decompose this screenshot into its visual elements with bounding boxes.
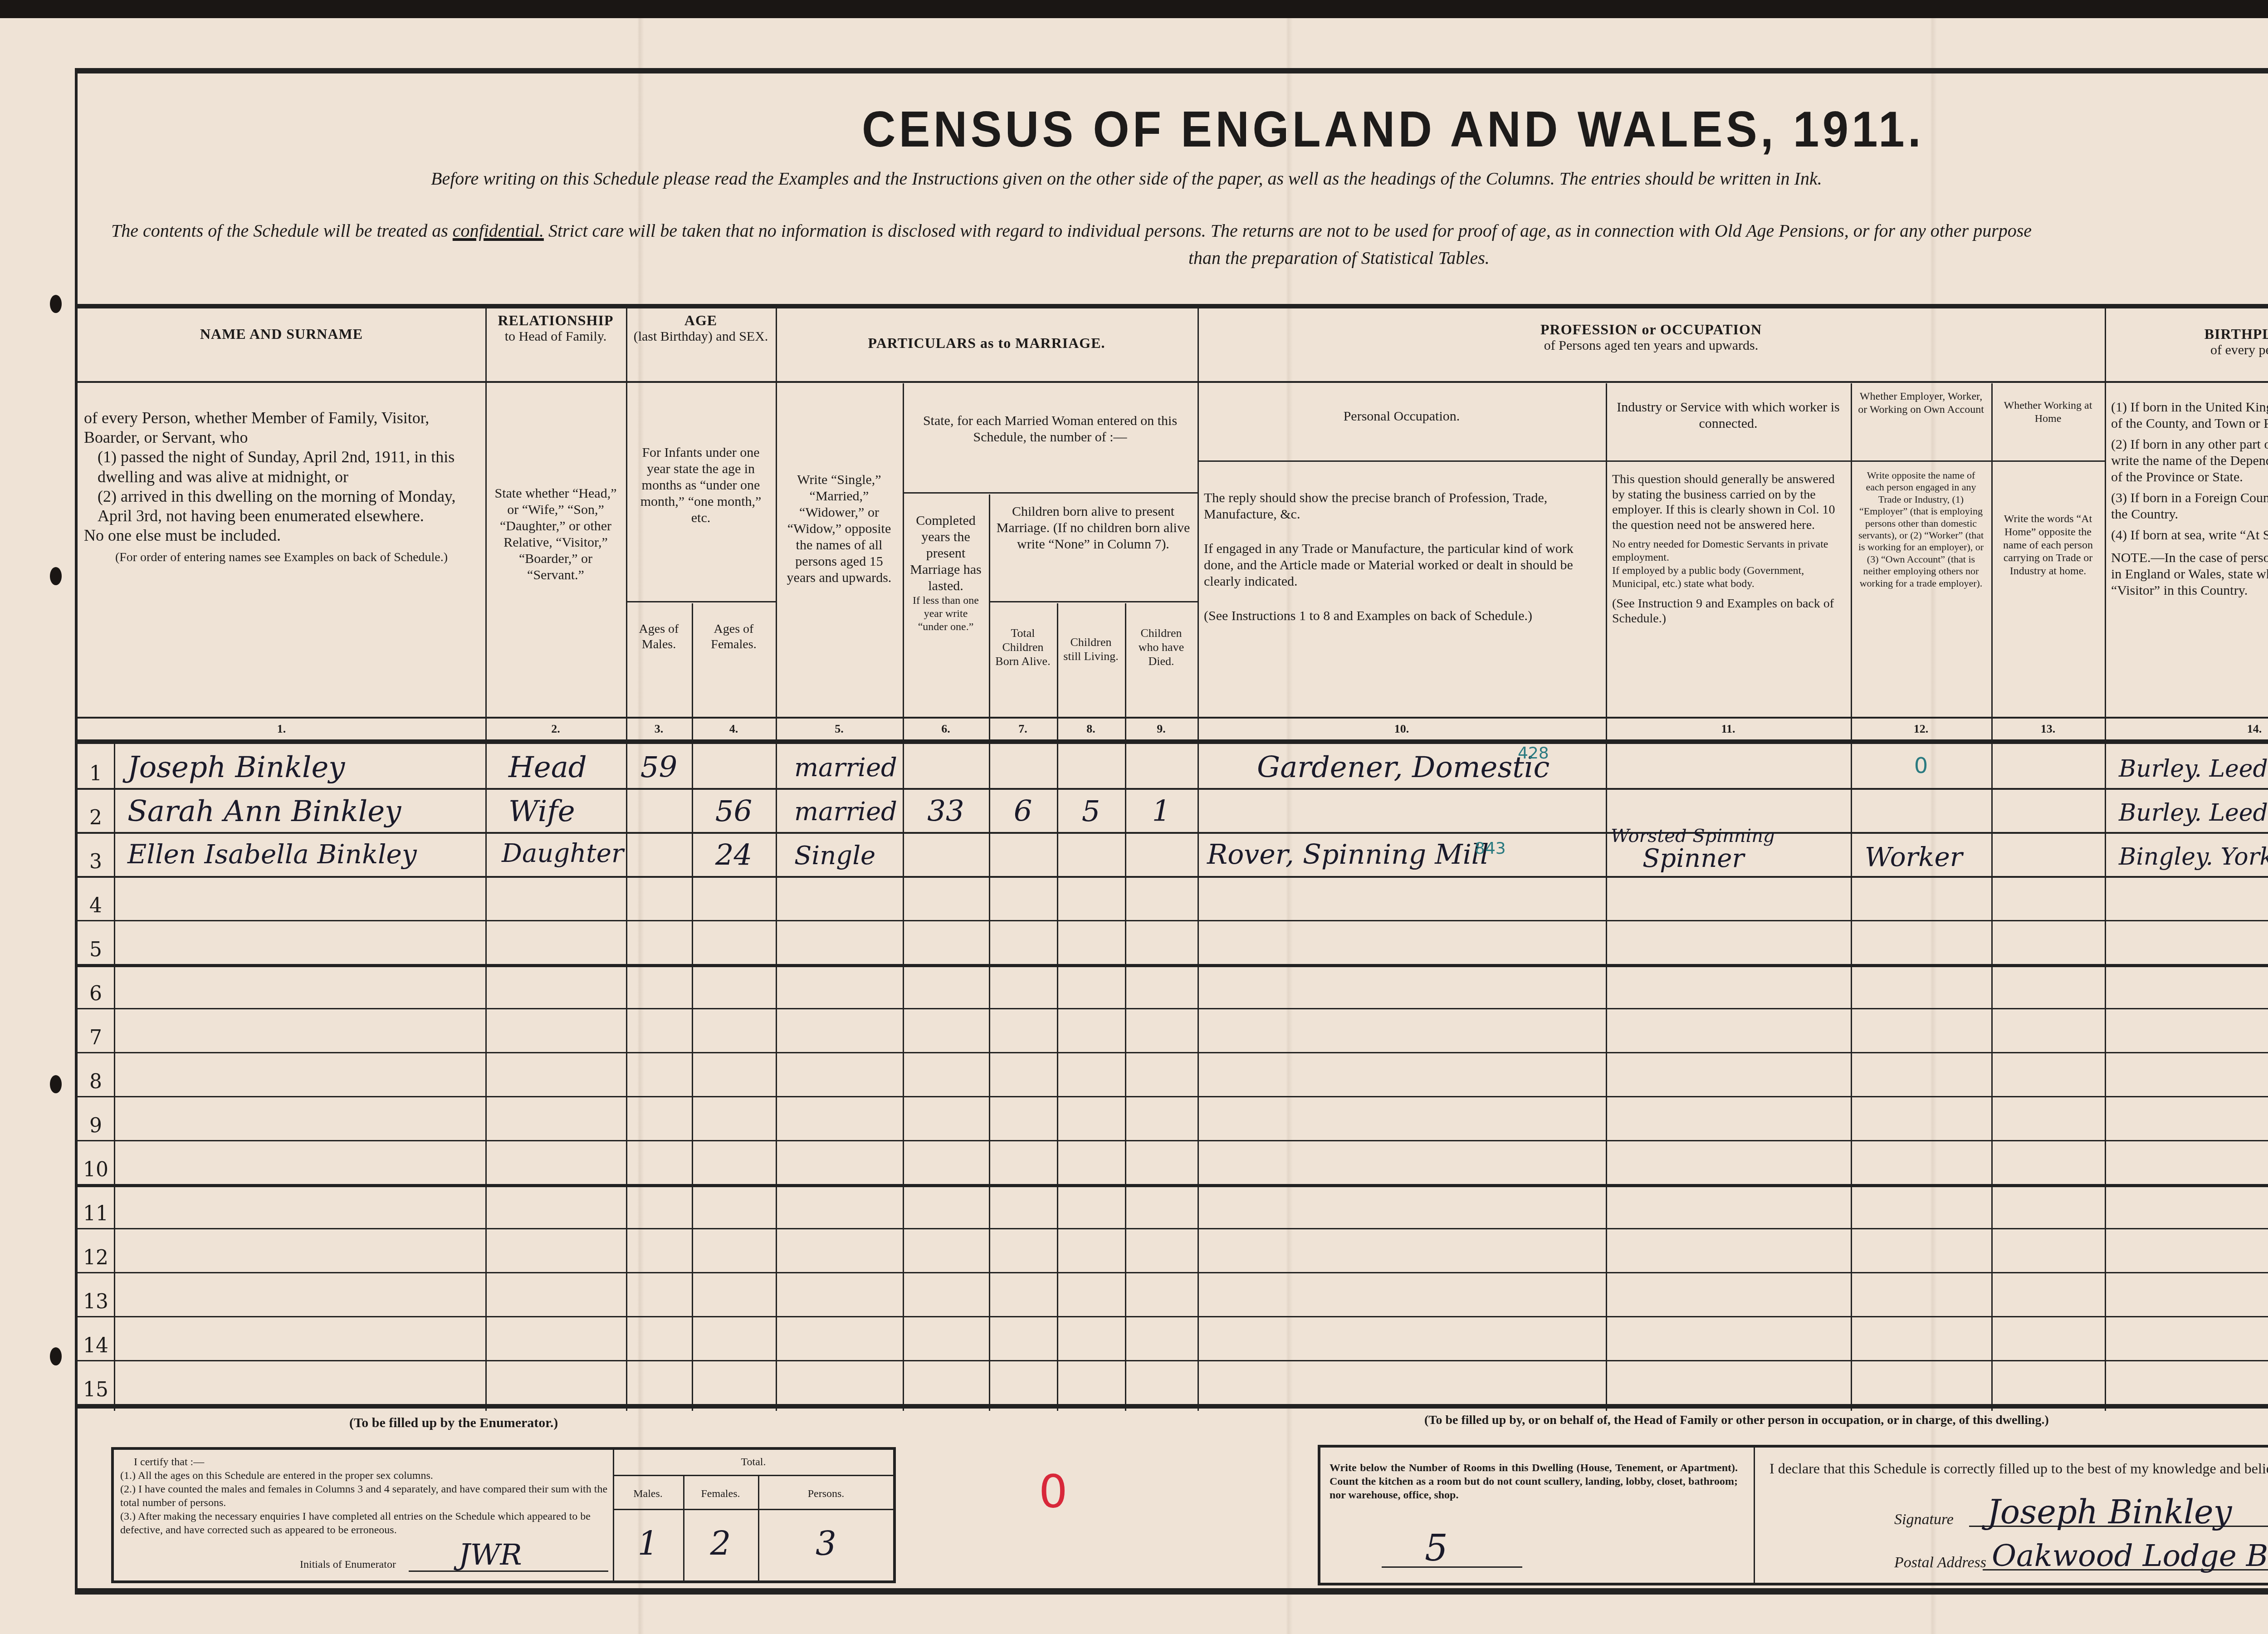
- col-number: 11.: [1606, 722, 1851, 736]
- enumerator-initials[interactable]: JWR: [459, 1538, 522, 1572]
- row-rule: [78, 1008, 2268, 1009]
- row-number: 5: [78, 938, 114, 961]
- confidentiality-text: The contents of the Schedule will be tre…: [111, 220, 2032, 241]
- certify-item-2: (2.) I have counted the males and female…: [120, 1482, 610, 1510]
- desc-children: Children born alive to present Marriage.…: [989, 499, 1198, 557]
- desc-personal-occupation-title: Personal Occupation.: [1198, 404, 1606, 429]
- row-number: 12: [78, 1246, 114, 1269]
- row-number-divider: [114, 744, 115, 1411]
- desc-age: For Infants under one year state the age…: [626, 440, 776, 531]
- certify-heading: I certify that :—: [120, 1455, 610, 1469]
- desc-employment-title: Whether Employer, Worker, or Working on …: [1851, 386, 1991, 421]
- row-rule: [78, 964, 2268, 967]
- cell-marriage[interactable]: married: [794, 797, 897, 827]
- rooms-divider: [1754, 1448, 1755, 1583]
- desc-birthplace-note: NOTE.—In the case of persons born elsewh…: [2111, 550, 2268, 599]
- col-number: 9.: [1125, 722, 1198, 736]
- cell-relationship[interactable]: Wife: [508, 795, 575, 828]
- desc-age-males: Ages of Males.: [626, 617, 692, 656]
- desc-occ-3: (See Instructions 1 to 8 and Examples on…: [1204, 608, 1599, 624]
- total-males[interactable]: 1: [613, 1525, 683, 1563]
- header-relationship-subtitle: to Head of Family.: [489, 329, 622, 345]
- header-relationship: RELATIONSHIP to Head of Family.: [485, 308, 626, 348]
- desc-birthplace-4: (4) If born at sea, write “At Sea.”: [2111, 527, 2268, 543]
- header-occupation-title: PROFESSION or OCCUPATION: [1201, 321, 2101, 338]
- enumerator-heading: (To be filled up by the Enumerator.): [349, 1415, 558, 1431]
- row-number: 1: [78, 762, 114, 785]
- cell-age-female[interactable]: 24: [692, 839, 776, 872]
- desc-relationship: State whether “Head,” or “Wife,” “Son,” …: [485, 481, 626, 588]
- header-name-title: NAME AND SURNAME: [200, 326, 363, 342]
- row-number: 11: [78, 1202, 114, 1225]
- rooms-underline: [1382, 1566, 1522, 1568]
- confidential-word: confidential.: [453, 220, 544, 241]
- col-number: 13.: [1991, 722, 2105, 736]
- persons-label: Persons.: [758, 1487, 894, 1501]
- desc-occ-1: The reply should show the precise branch…: [1204, 490, 1599, 523]
- desc-industry-4: (See Instruction 9 and Examples on back …: [1612, 596, 1844, 626]
- household-declaration-box: Write below the Number of Rooms in this …: [1318, 1445, 2268, 1585]
- desc-industry-title: Industry or Service with which worker is…: [1606, 395, 1851, 436]
- row-number: 2: [78, 806, 114, 829]
- confidential-part-b: Strict care will be taken that no inform…: [544, 220, 2032, 241]
- header-marriage-title: PARTICULARS as to MARRIAGE.: [868, 335, 1105, 351]
- row-number: 15: [78, 1378, 114, 1401]
- census-schedule-page: CENSUS OF ENGLAND AND WALES, 1911. Numbe…: [0, 18, 2268, 1634]
- desc-married-woman: State, for each Married Woman entered on…: [903, 408, 1198, 450]
- col-number: 8.: [1057, 722, 1125, 736]
- header-age-subtitle: (last Birthday) and SEX.: [630, 329, 772, 345]
- row-number: 4: [78, 894, 114, 917]
- household-heading: (To be filled up by, or on behalf of, th…: [1424, 1413, 2049, 1428]
- desc-industry-3: If employed by a public body (Government…: [1612, 564, 1844, 591]
- col-divider: [485, 304, 487, 1411]
- children-sub-divider: [989, 601, 1198, 602]
- total-rule-2: [613, 1509, 894, 1510]
- declaration-text: I declare that this Schedule is correctl…: [1769, 1460, 2268, 1477]
- desc-occ-2: If engaged in any Trade or Manufacture, …: [1204, 541, 1599, 590]
- desc-birthplace-3: (3) If born in a Foreign Country, write …: [2111, 490, 2268, 523]
- header-name: NAME AND SURNAME: [78, 322, 485, 347]
- row-rule: [78, 920, 2268, 921]
- desc-industry-1: This question should generally be answer…: [1612, 472, 1844, 533]
- cell-birthplace[interactable]: Burley. Leeds. Yorkshire: [2119, 755, 2268, 783]
- desc-industry: This question should generally be answer…: [1606, 467, 1851, 631]
- row-rule: [78, 832, 2268, 834]
- cell-marriage[interactable]: Single: [794, 841, 875, 871]
- header-occupation: PROFESSION or OCCUPATION of Persons aged…: [1198, 318, 2105, 357]
- col-number: 12.: [1851, 722, 1991, 736]
- total-rule: [613, 1475, 894, 1476]
- total-label: Total.: [613, 1455, 894, 1469]
- cell-age-female[interactable]: 56: [692, 795, 776, 828]
- cell-relationship[interactable]: Head: [508, 751, 587, 784]
- marriage-sub-divider: [903, 492, 1198, 494]
- census-table: NAME AND SURNAME RELATIONSHIP to Head of…: [78, 304, 2268, 1411]
- males-label: Males.: [613, 1487, 683, 1501]
- col-number: 2.: [485, 722, 626, 736]
- total-persons[interactable]: 3: [758, 1525, 894, 1563]
- row-number: 13: [78, 1290, 114, 1313]
- col-number: 1.: [78, 722, 485, 736]
- cell-employment[interactable]: Worker: [1865, 841, 1963, 872]
- header-relationship-title: RELATIONSHIP: [489, 312, 622, 329]
- cell-occupation-code: 843: [1475, 839, 1506, 858]
- desc-athome: Write the words “At Home” opposite the n…: [1991, 508, 2105, 582]
- col-number: 14.: [2105, 722, 2268, 736]
- punch-hole: [50, 295, 62, 313]
- col-number: 10.: [1198, 722, 1606, 736]
- desc-marriage-status: Write “Single,” “Married,” “Widower,” or…: [776, 467, 903, 591]
- row-rule: [78, 1360, 2268, 1361]
- rooms-count[interactable]: 5: [1425, 1527, 1448, 1569]
- occupation-sub-divider: [1198, 460, 1851, 462]
- cell-industry[interactable]: Spinner: [1642, 844, 1744, 873]
- row-number: 3: [78, 850, 114, 873]
- desc-years-married: Completed years the present Marriage has…: [903, 508, 989, 638]
- females-label: Females.: [683, 1487, 758, 1501]
- header-age: AGE (last Birthday) and SEX.: [626, 308, 776, 348]
- signature-label: Signature: [1894, 1511, 1954, 1528]
- cell-children-died[interactable]: 1: [1125, 795, 1198, 828]
- desc-children-died: Children who have Died.: [1125, 621, 1198, 673]
- desc-name-line: (1) passed the night of Sunday, April 2n…: [84, 447, 479, 486]
- header-divider: [78, 381, 2268, 383]
- header-age-title: AGE: [630, 312, 772, 329]
- desc-children-born: Total Children Born Alive.: [989, 621, 1057, 673]
- punch-hole: [50, 567, 62, 585]
- table-bottom-rule: [78, 1404, 2268, 1409]
- desc-birthplace: (1) If born in the United Kingdom, write…: [2105, 395, 2268, 603]
- address-value[interactable]: Oakwood Lodge Bingley.: [1992, 1538, 2268, 1573]
- cell-children-born[interactable]: 6: [989, 795, 1057, 828]
- col-number: 6.: [903, 722, 989, 736]
- row-number: 10: [78, 1158, 114, 1181]
- red-check-mark: 0: [1039, 1465, 1068, 1518]
- col-number: 5.: [776, 722, 903, 736]
- header-birthplace: BIRTHPLACE of every person.: [2105, 322, 2268, 362]
- cell-birthplace[interactable]: Burley. Leeds. Yorkshire: [2119, 799, 2268, 827]
- certify-text: I certify that :— (1.) All the ages on t…: [120, 1455, 610, 1537]
- athome-sub-divider: [1991, 460, 2105, 462]
- confidentiality-text-line2: than the preparation of Statistical Tabl…: [1188, 247, 1490, 269]
- desc-personal-occupation: The reply should show the precise branch…: [1198, 485, 1606, 629]
- desc-name-line: No one else must be included.: [84, 526, 479, 545]
- row-number: 8: [78, 1070, 114, 1093]
- cell-employment[interactable]: 0: [1851, 753, 1991, 778]
- employment-sub-divider: [1851, 460, 1991, 462]
- instruction-text: Before writing on this Schedule please r…: [431, 168, 1822, 189]
- header-birthplace-title: BIRTHPLACE: [2108, 326, 2268, 342]
- cell-children-living[interactable]: 5: [1057, 795, 1125, 828]
- page-title: CENSUS OF ENGLAND AND WALES, 1911.: [862, 100, 1924, 158]
- row-number: 14: [78, 1334, 114, 1357]
- cell-name[interactable]: Ellen Isabella Binkley: [127, 839, 417, 870]
- punch-hole: [50, 1075, 62, 1093]
- certify-item-1: (1.) All the ages on this Schedule are e…: [120, 1469, 610, 1482]
- row-rule: [78, 1228, 2268, 1229]
- desc-industry-2: No entry needed for Domestic Servants in…: [1612, 538, 1844, 564]
- desc-athome-title: Whether Working at Home: [1991, 395, 2105, 430]
- desc-employment: Write opposite the name of each person e…: [1851, 465, 1991, 594]
- row-number: 6: [78, 982, 114, 1005]
- col-divider: [1198, 304, 1199, 1411]
- cell-birthplace[interactable]: Bingley. Yorkshire: [2119, 843, 2268, 871]
- cell-marriage[interactable]: married: [794, 753, 897, 783]
- desc-divider: [78, 717, 2268, 719]
- desc-name-line: (For order of entering names see Example…: [84, 550, 479, 565]
- confidential-part-a: The contents of the Schedule will be tre…: [111, 220, 453, 241]
- row-number: 9: [78, 1114, 114, 1137]
- cell-name[interactable]: Sarah Ann Binkley: [127, 795, 401, 828]
- cell-name[interactable]: Joseph Binkley: [127, 751, 345, 784]
- desc-birthplace-1: (1) If born in the United Kingdom, write…: [2111, 399, 2268, 432]
- cell-occupation-code: 428: [1518, 744, 1549, 763]
- row-rule: [78, 1316, 2268, 1317]
- age-sub-divider: [626, 601, 776, 602]
- header-birthplace-subtitle: of every person.: [2108, 342, 2268, 358]
- desc-years-married-main: Completed years the present Marriage has…: [909, 513, 982, 594]
- table-top-rule: [78, 304, 2268, 308]
- row-rule: [78, 788, 2268, 790]
- col-number: 3.: [626, 722, 692, 736]
- row-rule: [78, 1140, 2268, 1141]
- desc-children-living: Children still Living.: [1057, 631, 1125, 668]
- cell-relationship[interactable]: Daughter: [502, 839, 624, 868]
- row-rule: [78, 1052, 2268, 1053]
- header-occupation-subtitle: of Persons aged ten years and upwards.: [1201, 338, 2101, 354]
- desc-age-females: Ages of Females.: [692, 617, 776, 656]
- col-number: 4.: [692, 722, 776, 736]
- row-rule: [78, 1272, 2268, 1273]
- enumerator-certificate-box: I certify that :— (1.) All the ages on t…: [111, 1447, 896, 1583]
- rooms-instruction: Write below the Number of Rooms in this …: [1330, 1461, 1738, 1502]
- row-rule: [78, 1184, 2268, 1187]
- cell-occupation[interactable]: Rover, Spinning Mill: [1207, 839, 1489, 871]
- desc-name-line: (2) arrived in this dwelling on the morn…: [84, 487, 479, 526]
- total-females[interactable]: 2: [683, 1525, 758, 1563]
- cell-age-male[interactable]: 59: [626, 751, 692, 784]
- row-rule: [78, 1096, 2268, 1097]
- desc-years-married-note: If less than one year write “under one.”: [909, 594, 982, 633]
- header-marriage: PARTICULARS as to MARRIAGE.: [776, 331, 1198, 356]
- row-rule: [78, 876, 2268, 878]
- desc-name: of every Person, whether Member of Famil…: [78, 404, 485, 570]
- row-number: 7: [78, 1026, 114, 1049]
- punch-hole: [50, 1347, 62, 1365]
- desc-name-line: of every Person, whether Member of Famil…: [84, 408, 479, 447]
- cell-years-married[interactable]: 33: [903, 795, 989, 828]
- address-label: Postal Address: [1894, 1554, 1986, 1571]
- colnum-divider: [78, 739, 2268, 744]
- initials-label: Initials of Enumerator: [300, 1558, 396, 1571]
- desc-birthplace-2: (2) If born in any other part of the Bri…: [2111, 436, 2268, 485]
- signature-value[interactable]: Joseph Binkley: [1987, 1493, 2232, 1531]
- col-number: 7.: [989, 722, 1057, 736]
- certify-item-3: (3.) After making the necessary enquirie…: [120, 1510, 610, 1537]
- cell-occupation[interactable]: Gardener, Domestic: [1257, 751, 1549, 784]
